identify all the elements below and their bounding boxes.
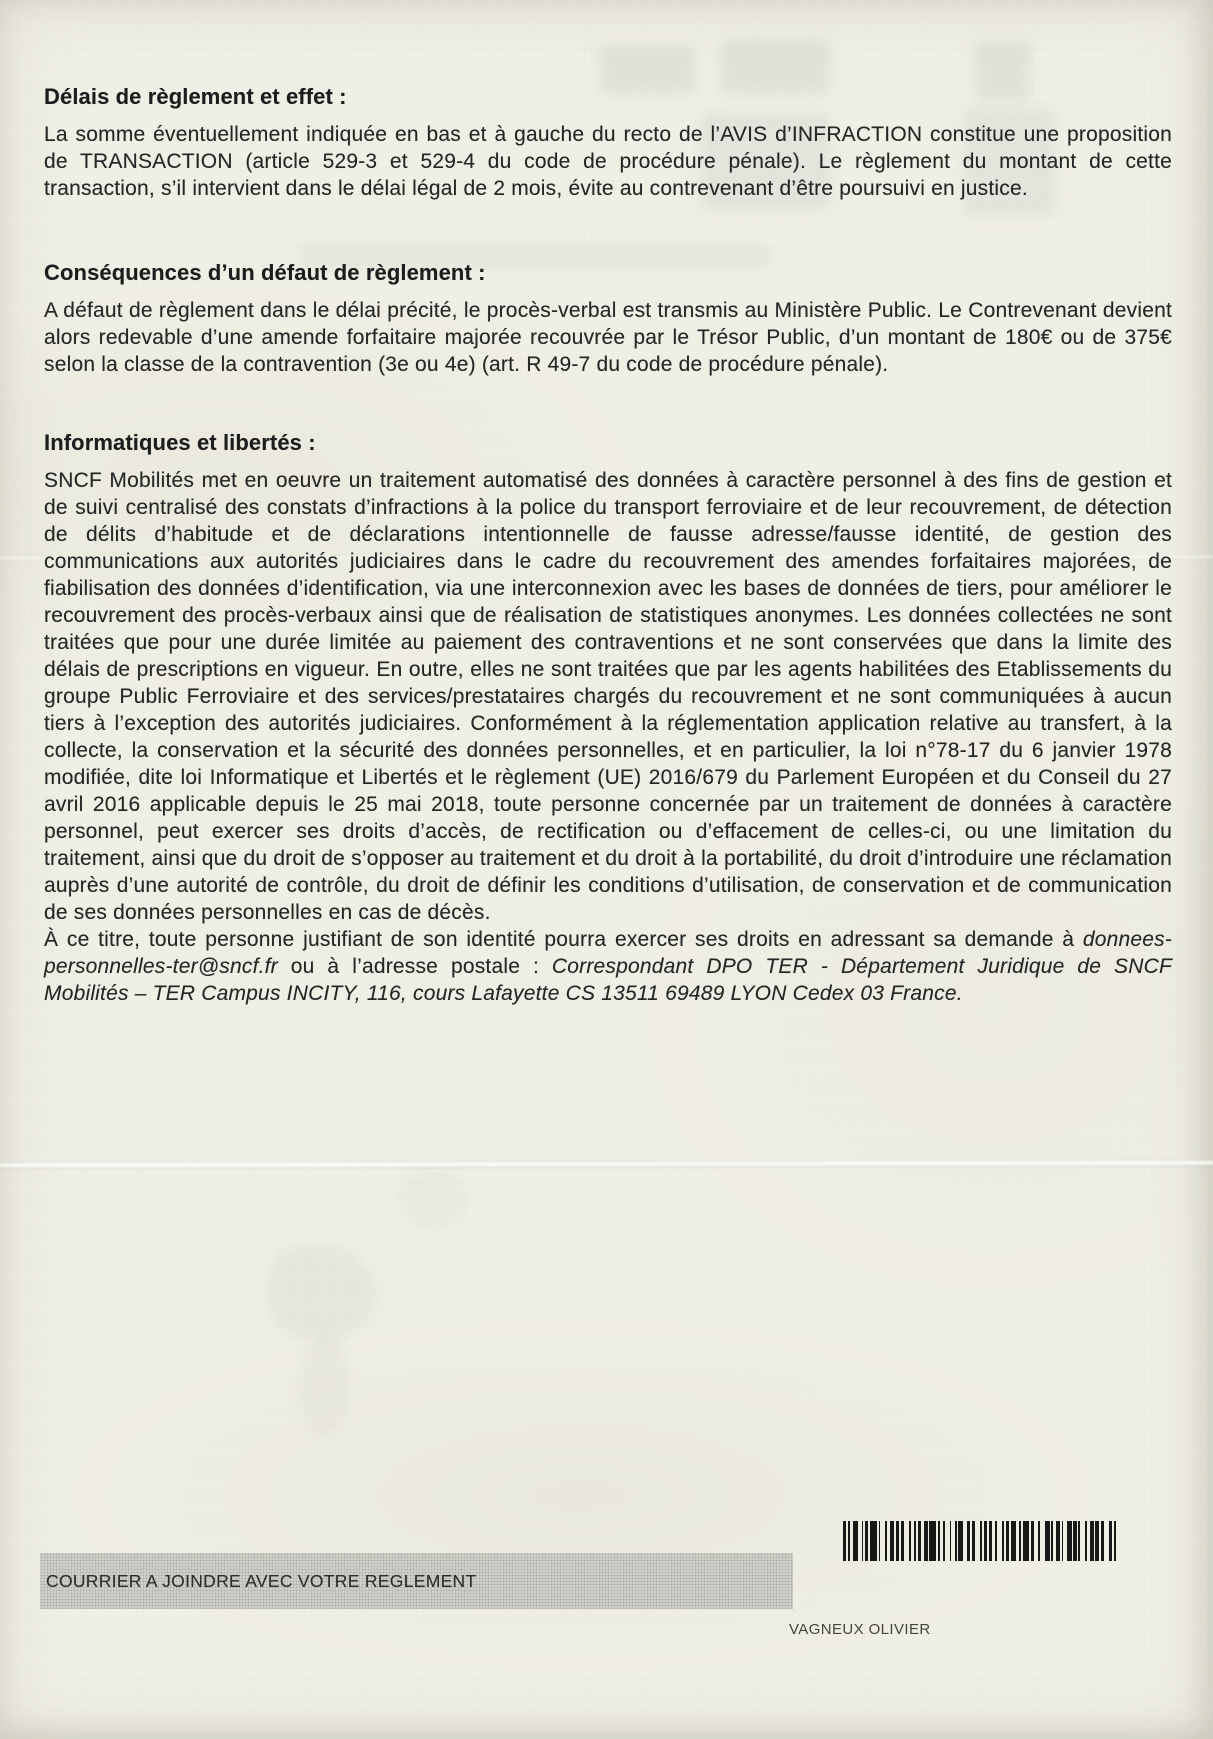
attachment-notice-label: COURRIER A JOINDRE AVEC VOTRE REGLEMENT — [40, 1571, 476, 1592]
payment-attachment-band: COURRIER A JOINDRE AVEC VOTRE REGLEMENT — [40, 1553, 793, 1609]
section-body-defaut: A défaut de règlement dans le délai préc… — [44, 297, 1172, 378]
section-heading-informatique: Informatiques et libertés : — [44, 430, 1172, 456]
section-body-informatique: SNCF Mobilités met en oeuvre un traiteme… — [44, 467, 1172, 926]
paper-fold-crease — [0, 1159, 1213, 1171]
barcode — [843, 1521, 1117, 1561]
paper-stain — [268, 1245, 378, 1340]
paper-stain — [300, 1335, 348, 1435]
paper-stain — [398, 1168, 468, 1228]
section-heading-delais: Délais de règlement et effet : — [44, 84, 1172, 110]
letter-content: Délais de règlement et effet : La somme … — [44, 0, 1172, 1007]
rights-intro-text: À ce titre, toute personne justifiant de… — [44, 928, 1083, 951]
section-defaut-de-reglement: Conséquences d’un défaut de règlement : … — [44, 260, 1172, 378]
section-informatique-et-libertes: Informatiques et libertés : SNCF Mobilit… — [44, 430, 1172, 1007]
recipient-name: VAGNEUX OLIVIER — [789, 1621, 931, 1638]
rights-exercise-paragraph: À ce titre, toute personne justifiant de… — [44, 926, 1172, 1007]
rights-middle-text: ou à l’adresse postale : — [278, 955, 552, 978]
section-delais-de-reglement: Délais de règlement et effet : La somme … — [44, 84, 1172, 202]
section-body-delais: La somme éventuellement indiquée en bas … — [44, 121, 1172, 202]
section-heading-defaut: Conséquences d’un défaut de règlement : — [44, 260, 1172, 286]
scanned-letter-page: Délais de règlement et effet : La somme … — [0, 0, 1213, 1739]
